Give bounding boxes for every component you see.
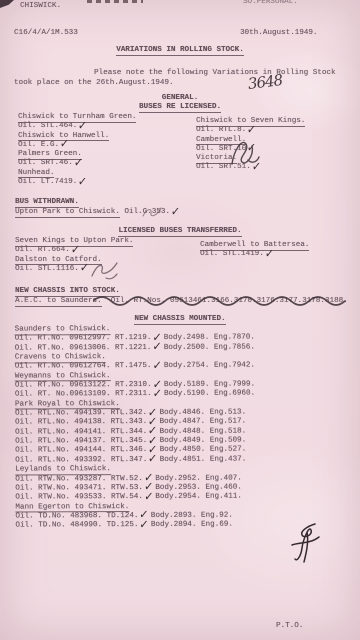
stock-entry: Oil. STL.1419.✓ bbox=[200, 250, 309, 259]
section-heading-new-chassis-stock: NEW CHASSIS INTO STOCK. bbox=[15, 287, 120, 296]
stock-entry: Oil. SRT.51.✓ bbox=[196, 163, 305, 172]
checkmark-icon: ✓ bbox=[148, 459, 157, 460]
stock-entry: Oil. SRT.10✓ bbox=[196, 145, 305, 154]
handwritten-number: 3648 bbox=[248, 76, 283, 89]
intro-line-1: Please note the following Variations in … bbox=[94, 69, 336, 78]
route-name: Chiswick to Hanwell. bbox=[18, 132, 136, 141]
checkmark-icon: ✓ bbox=[152, 365, 161, 366]
signature-initials bbox=[282, 518, 326, 570]
section-heading-withdrawn: BUS WITHDRAWN. bbox=[15, 198, 79, 207]
document-date: 30th.August.1949. bbox=[240, 29, 317, 38]
page-title: VARIATIONS IN ROLLING STOCK. bbox=[0, 46, 360, 55]
route-name: A.E.C. to Saunders. bbox=[15, 297, 102, 307]
chassis-row: Oil. RT. No.09613109. RT.2311.✓ Body.519… bbox=[15, 390, 255, 400]
checkmark-icon: ✓ bbox=[74, 163, 83, 164]
checkmark-icon: ✓ bbox=[153, 384, 162, 385]
checkmark-icon: ✓ bbox=[148, 412, 157, 413]
stock-entry: Oil. RT.664.✓ bbox=[15, 246, 133, 255]
checkmark-icon: ✓ bbox=[247, 148, 256, 149]
checkmark-icon: ✓ bbox=[139, 524, 148, 525]
station-label: CHISWICK. bbox=[20, 2, 61, 10]
checkmark-icon: ✓ bbox=[171, 211, 180, 212]
header-fragment-right: SO.PERSONAL. bbox=[243, 0, 298, 7]
checkmark-icon: ✓ bbox=[265, 253, 274, 254]
route-name: Upton Park to Chiswick. bbox=[15, 208, 120, 218]
checkmark-icon: ✓ bbox=[80, 268, 89, 269]
stock-entry: Oil. LT.7419.✓ bbox=[18, 178, 136, 187]
checkmark-icon: ✓ bbox=[144, 496, 153, 497]
stock-entry: Oil. E.G.✓ bbox=[18, 141, 136, 150]
checkmark-icon: ✓ bbox=[78, 181, 87, 182]
chassis-row: Oil. RTL.No. 493392. RTL.347.✓ Body.4851… bbox=[15, 455, 255, 465]
stock-entry: Oil. RTL.8.✓ bbox=[196, 126, 305, 135]
checkmark-icon: ✓ bbox=[152, 347, 161, 348]
scanned-memo-page: CHISWICK. SO.PERSONAL. C16/4/A/1M.533 30… bbox=[0, 0, 360, 640]
header-station: CHISWICK. bbox=[20, 2, 61, 11]
scan-artifact-corner bbox=[0, 0, 14, 8]
withdrawn-entry: Upton Park to Chiswick. Oil.G.353.✓ bbox=[15, 208, 178, 217]
section-heading-general: GENERAL. bbox=[0, 94, 360, 103]
checkmark-icon: ✓ bbox=[148, 440, 157, 441]
checkmark-icon: ✓ bbox=[152, 337, 161, 338]
new-chassis-mounted-list: Saunders to Chiswick.Oil. RT.No. 0961299… bbox=[15, 324, 256, 531]
checkmark-icon: ✓ bbox=[148, 431, 157, 432]
stock-entry: Oil.G.353. bbox=[124, 208, 170, 216]
checkmark-icon: ✓ bbox=[78, 125, 87, 126]
transferred-right-column: Camberwell to Battersea.Oil. STL.1419.✓ bbox=[200, 241, 309, 260]
new-chassis-stock-entry: A.E.C. to Saunders. Oil. RT.Nos. 0961346… bbox=[15, 297, 348, 306]
chassis-row: Oil. RT.No. 09612764. RT.1475.✓ Body.275… bbox=[15, 362, 255, 372]
stock-entry: Oil. SRT.46.✓ bbox=[18, 159, 136, 168]
reference-number: C16/4/A/1M.533 bbox=[14, 29, 78, 38]
transferred-left-column: Seven Kings to Upton Park.Oil. RT.664.✓D… bbox=[15, 237, 133, 274]
checkmark-icon: ✓ bbox=[60, 144, 69, 145]
chassis-row: Oil. TD.No. 484990. TD.125.✓ Body.2894. … bbox=[15, 521, 255, 531]
checkmark-icon: ✓ bbox=[153, 393, 162, 394]
section-subheading-relicensed: BUSES RE LICENSED. bbox=[0, 103, 360, 112]
route-name: Chiswick to Turnham Green. bbox=[18, 113, 136, 122]
chassis-row: Oil. RTW.No. 493533. RTW.54.✓ Body.2954.… bbox=[15, 493, 255, 503]
relicensed-right-column: Chiswick to Seven Kings.Oil. RTL.8.✓Camb… bbox=[196, 117, 305, 173]
stock-entry: Oil. STL.464.✓ bbox=[18, 122, 136, 131]
checkmark-icon: ✓ bbox=[252, 167, 261, 168]
scan-artifact-top-dashes bbox=[87, 0, 143, 3]
chassis-row: Oil. RT.No. 09613006. RT.1221.✓ Body.250… bbox=[15, 343, 255, 353]
checkmark-icon: ✓ bbox=[148, 449, 157, 450]
section-heading-transferred: LICENSED BUSES TRANSFERRED. bbox=[0, 227, 360, 236]
section-heading-new-chassis-mounted: NEW CHASSIS MOUNTED. bbox=[0, 315, 360, 324]
checkmark-icon: ✓ bbox=[139, 515, 148, 516]
stock-entry: Oil. STL.1116.✓ bbox=[15, 265, 133, 274]
checkmark-icon: ✓ bbox=[144, 487, 153, 488]
checkmark-icon: ✓ bbox=[247, 129, 256, 130]
pto-label: P.T.O. bbox=[276, 622, 303, 631]
intro-line-2: took place on the 26th.August.1949. bbox=[14, 79, 174, 88]
stock-entry: Oil. RT.Nos. 09613461.3166.3170.3176.317… bbox=[111, 297, 348, 305]
route-name: Camberwell to Battersea. bbox=[200, 241, 309, 250]
checkmark-icon: ✓ bbox=[71, 249, 80, 250]
relicensed-left-column: Chiswick to Turnham Green.Oil. STL.464.✓… bbox=[18, 113, 136, 187]
checkmark-icon: ✓ bbox=[144, 478, 153, 479]
checkmark-icon: ✓ bbox=[148, 421, 157, 422]
